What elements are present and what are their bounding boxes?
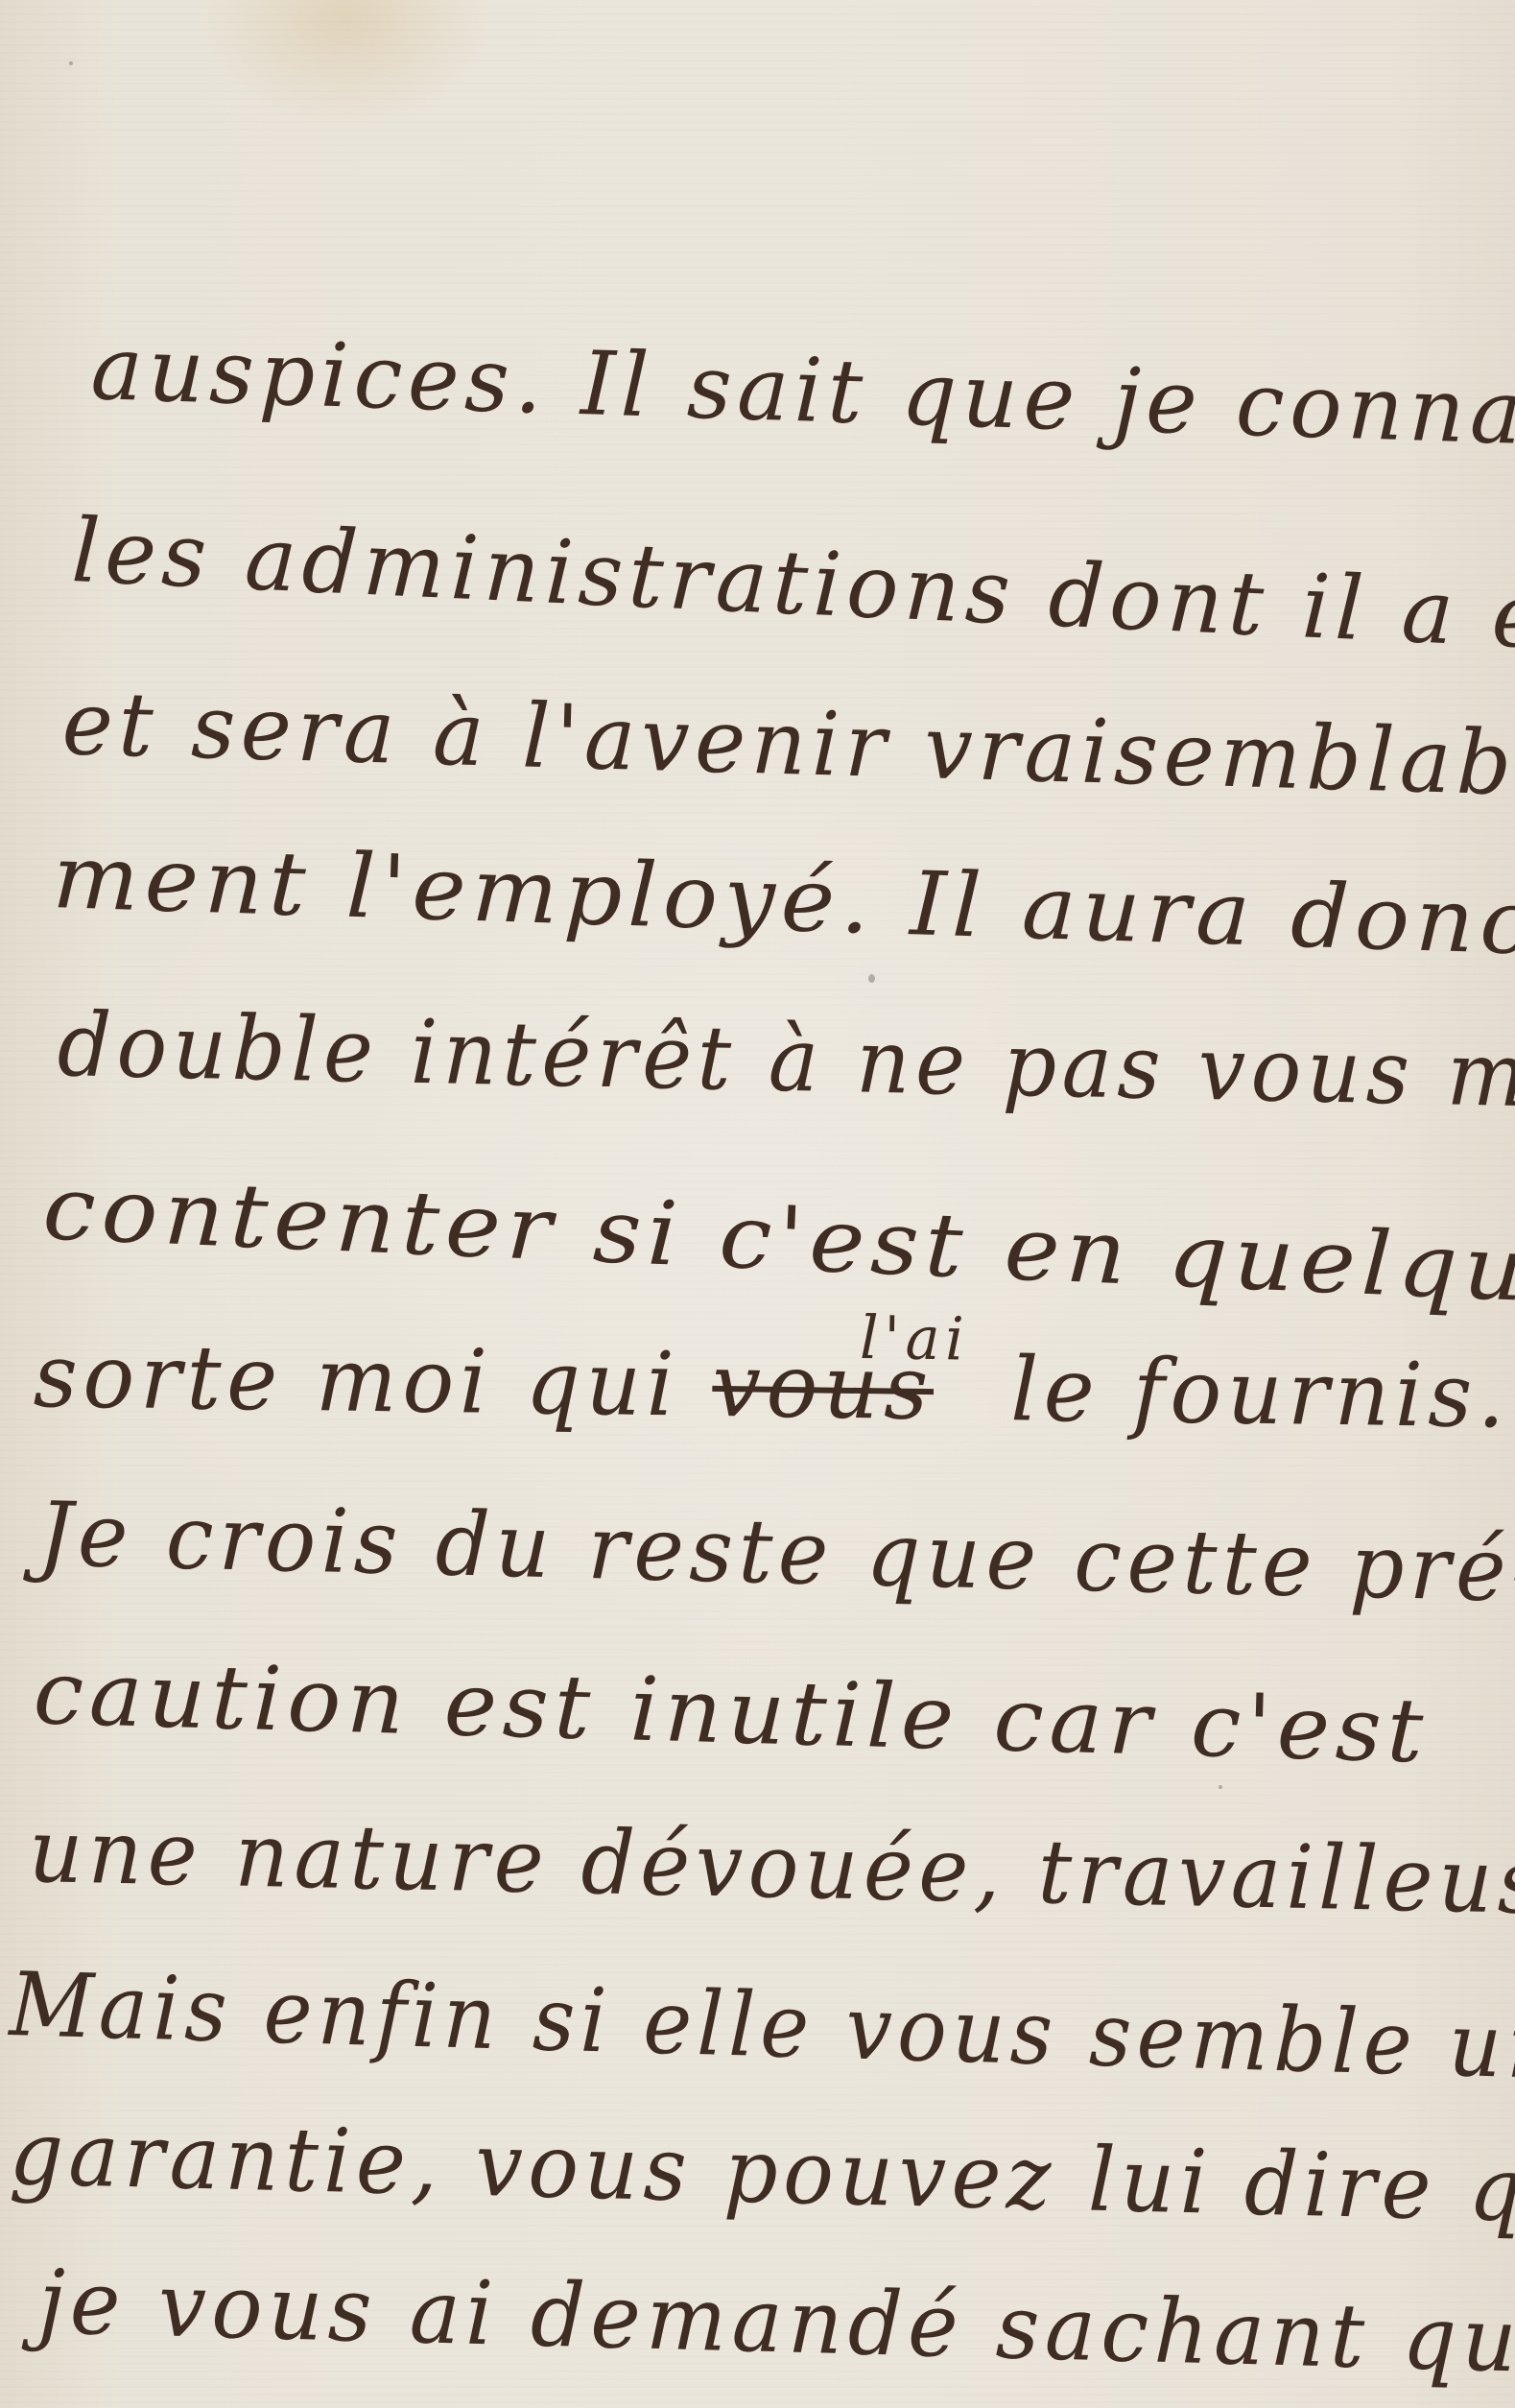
letter-page: auspices. Il sait que je connais les adm… <box>0 0 1515 2408</box>
letter-line-8: Je crois du reste que cette pré- <box>37 1483 1515 1622</box>
letter-line-5: double intérêt à ne pas vous mé- <box>57 993 1515 1129</box>
paper-spot <box>69 61 73 65</box>
letter-line-6: contenter si c'est en quelque <box>41 1156 1515 1324</box>
letter-line-9: caution est inutile car c'est <box>33 1641 1431 1783</box>
paper-spot <box>1219 1785 1222 1789</box>
letter-line-2: les administrations dont il a été <box>70 499 1515 673</box>
letter-line-12: garantie, vous pouvez lui dire que <box>9 2102 1515 2245</box>
line-7-text-after: le fournis. <box>978 1338 1511 1448</box>
letter-line-1: auspices. Il sait que je connais <box>89 317 1515 467</box>
letter-line-11: Mais enfin si elle vous semble une <box>9 1953 1515 2101</box>
letter-line-7: sorte moi qui vousl'ai le fournis. <box>33 1324 1511 1447</box>
letter-line-3: et sera à l'avenir vraisemblable- <box>61 672 1515 819</box>
letter-line-13: je vous ai demandé sachant que <box>37 2251 1515 2394</box>
inserted-word: l'ai <box>860 1302 970 1374</box>
letter-line-4: ment l'employé. Il aura donc <box>51 825 1515 975</box>
paper-spot <box>868 974 875 983</box>
letter-line-10: une nature dévouée, travailleuse. <box>28 1800 1515 1936</box>
line-7-text-before: sorte moi qui <box>33 1324 713 1437</box>
